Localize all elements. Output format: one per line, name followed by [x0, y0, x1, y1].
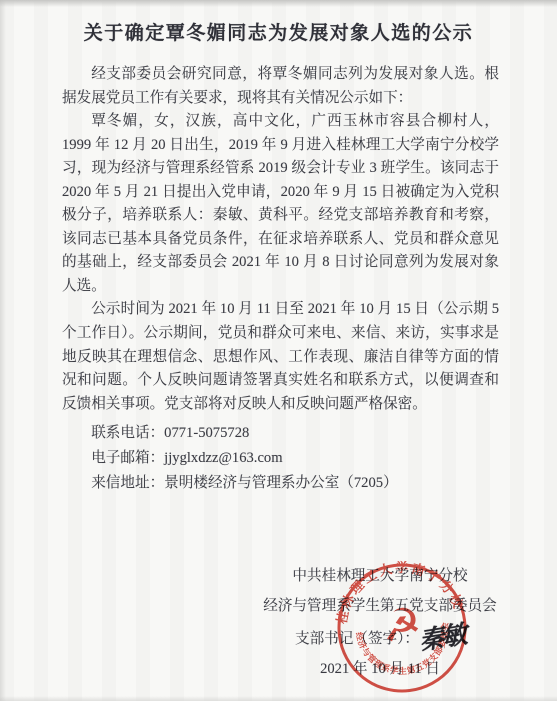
paragraph-intro: 经支部委员会研究同意，将覃冬媚同志列为发展对象人选。根据发展党员工作有关要求，现…	[62, 63, 499, 110]
scan-edge-top	[0, 0, 557, 7]
secretary-sign-line: 支部书记（签字）：秦敏	[230, 621, 530, 655]
document-body: 经支部委员会研究同意，将覃冬媚同志列为发展对象人选。根据发展党员工作有关要求，现…	[62, 63, 499, 496]
scan-edge-bottom	[0, 696, 557, 701]
contact-phone: 联系电话：0771-5075728	[62, 421, 499, 446]
issuing-org-line1: 中共桂林理工大学南宁分校	[230, 562, 530, 592]
paragraph-publicity-period: 公示时间为 2021 年 10 月 11 日至 2021 年 10 月 15 日…	[62, 298, 499, 416]
contact-email: 电子邮箱：jjyglxdzz@163.com	[62, 446, 499, 471]
issuing-org-line2: 经济与管理系学生第五党支部委员会	[230, 592, 530, 622]
paragraph-candidate-info: 覃冬媚，女，汉族，高中文化，广西玉林市容县合柳村人，1999 年 12 月 20…	[62, 110, 499, 298]
handwritten-signature: 秦敏	[417, 621, 467, 657]
document-date: 2021 年 10 月 11 日	[230, 655, 530, 685]
signature-block: 中共桂林理工大学南宁分校 经济与管理系学生第五党支部委员会 支部书记（签字）：秦…	[230, 562, 530, 684]
scan-edge-left	[0, 0, 6, 701]
contact-address: 来信地址：景明楼经济与管理系办公室（7205）	[62, 471, 499, 496]
scanned-document-page: 关于确定覃冬媚同志为发展对象人选的公示 经支部委员会研究同意，将覃冬媚同志列为发…	[0, 0, 557, 701]
document-title: 关于确定覃冬媚同志为发展对象人选的公示	[0, 18, 557, 45]
sign-label: 支部书记（签字）：	[295, 631, 419, 647]
contact-block: 联系电话：0771-5075728 电子邮箱：jjyglxdzz@163.com…	[62, 421, 499, 496]
